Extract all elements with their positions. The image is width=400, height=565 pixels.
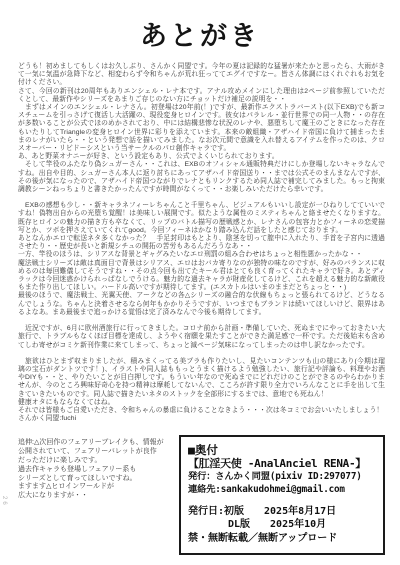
- colophon-dates: 発行日:初版 2025年8月17日 DL版 2025年10月: [188, 506, 376, 531]
- bottom-section: 追伸:△次回作のフェアリーブレイクも、情報が 公開されていて、フェアリーバレット…: [18, 435, 385, 555]
- body-paragraph: さて、今回の新刊は20周年もありエンシェル・レナ本です。アナル攻めメインにした理…: [18, 88, 385, 104]
- postscript-note: 追伸:△次回作のフェアリーブレイクも、情報が 公開されていて、フェアリーバレット…: [18, 435, 179, 501]
- colophon-contact: 連絡先:sankakudohmei@gmail.com: [188, 484, 376, 497]
- body-paragraph: あとなんかエロで転送ネタ多くなかった？ 手足封印はもとより、陰茎を切って膣中に入…: [18, 235, 385, 251]
- body-paragraph: 旅欲はひとまず収まりましたが、積みまくってる美プラも作りたいし、見たいコンテンツ…: [18, 358, 385, 399]
- colophon-header: ■奥付: [188, 443, 376, 457]
- body-paragraph: 一方、竿役のほうは、シリアスな背景とギャグみたいなエロ刑罰の組み合わせはちょっと…: [18, 251, 385, 259]
- body-paragraph: まずはメインのエンシェル・レナさん。初登場は20年前(！)ですが、最新作エクスト…: [18, 104, 385, 153]
- body-paragraph: 最後のほうで、魔法戦士、光翼天使、アークなどの各△シリーズの融合的な伏線もちょっ…: [18, 292, 385, 317]
- colophon-box: ■奥付 【肛淫天使 -AnalAnciel RENA-】 発行：さんかく同盟(p…: [179, 435, 385, 555]
- colophon-book-title: 【肛淫天使 -AnalAnciel RENA-】: [188, 457, 376, 471]
- afterword-page: あとがき どうも！初めましてもしくはお久しぶり、さんかく同盟です。今年の夏は記録…: [0, 0, 400, 565]
- afterword-body: どうも！初めましてもしくはお久しぶり、さんかく同盟です。今年の夏は記録的な猛暑が…: [18, 63, 385, 423]
- page-title: あとがき: [0, 14, 400, 53]
- body-paragraph: それでは皆様もご自愛いただき、令和ちゃんの暴虐に負けることなきよう・・・次は冬コ…: [18, 407, 385, 415]
- body-paragraph: さんかく同盟:fuchi: [18, 415, 385, 423]
- page-number: 26: [1, 496, 7, 507]
- body-paragraph: 近況ですが、6月に欧州酒旅行に行ってきました。コロナ前から計画・準備していた、死…: [18, 325, 385, 350]
- body-paragraph: EXBの感想も少し・・新キャラネフィーレちゃんこと千里ちゃん、ビジュアルもいいし…: [18, 202, 385, 235]
- body-paragraph: どうも！初めましてもしくはお久しぶり、さんかく同盟です。今年の夏は記録的な猛暑が…: [18, 63, 385, 88]
- colophon-publisher: 発行：さんかく同盟(pixiv ID:297077): [188, 471, 376, 484]
- body-paragraph: 健康オタにもならなくてはね。: [18, 399, 385, 407]
- colophon-notice: 禁・無断転載／無断アップロード: [188, 532, 376, 545]
- body-paragraph: 魔法戦士シリーズは敵は真面目で背景はシリアス、エロはおバカ寄りなのが独特の味なの…: [18, 260, 385, 293]
- body-paragraph: そして竿役のふたなり偽シュガーさん・・これは、EXBのオフィシャル通販特典だけに…: [18, 161, 385, 194]
